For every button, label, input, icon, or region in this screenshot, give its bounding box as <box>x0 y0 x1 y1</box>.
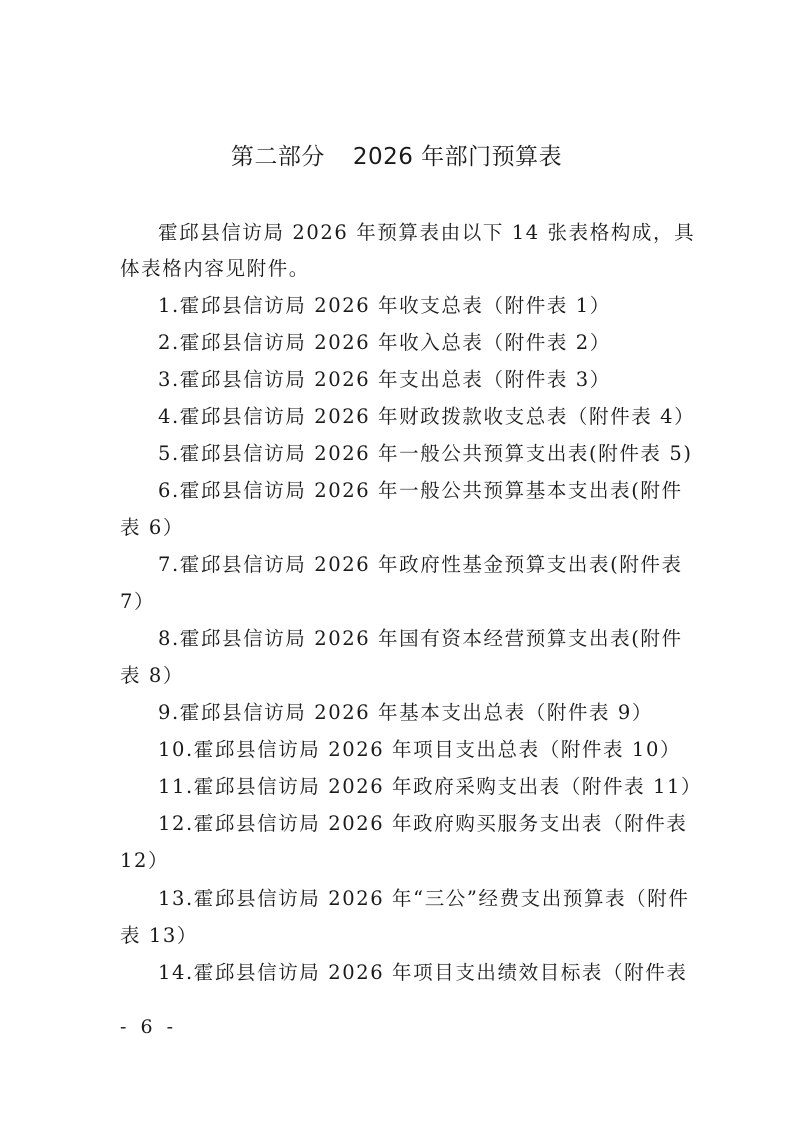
text-line: 4.霍邱县信访局 2026 年财政拨款收支总表（附件表 4） <box>158 405 678 429</box>
text-line: 3.霍邱县信访局 2026 年支出总表（附件表 3） <box>158 368 678 392</box>
text-line: 1.霍邱县信访局 2026 年收支总表（附件表 1） <box>158 294 678 318</box>
text-line: 表 13） <box>120 924 680 948</box>
text-line: 12.霍邱县信访局 2026 年政府购买服务支出表（附件表 <box>158 812 678 836</box>
text-line: 霍邱县信访局 2026 年预算表由以下 14 张表格构成，具 <box>158 221 678 245</box>
text-line: 9.霍邱县信访局 2026 年基本支出总表（附件表 9） <box>158 701 678 725</box>
page-title: 第二部分2026 年部门预算表 <box>0 138 793 171</box>
text-line: 11.霍邱县信访局 2026 年政府采购支出表（附件表 11） <box>158 775 678 799</box>
text-line: 6.霍邱县信访局 2026 年一般公共预算基本支出表(附件 <box>158 479 678 503</box>
text-line: 13.霍邱县信访局 2026 年“三公”经费支出预算表（附件 <box>158 887 678 911</box>
text-line: 7.霍邱县信访局 2026 年政府性基金预算支出表(附件表 <box>158 553 678 577</box>
text-line: 体表格内容见附件。 <box>120 257 680 281</box>
text-line: 14.霍邱县信访局 2026 年项目支出绩效目标表（附件表 <box>158 961 678 985</box>
text-line: 5.霍邱县信访局 2026 年一般公共预算支出表(附件表 5) <box>158 442 678 466</box>
title-heading: 2026 年部门预算表 <box>353 144 562 170</box>
text-line: 12） <box>120 849 680 873</box>
page-number: - 6 - <box>120 1016 177 1038</box>
text-line: 表 8） <box>120 664 680 688</box>
title-part: 第二部分 <box>231 144 325 170</box>
text-line: 表 6） <box>120 516 680 540</box>
text-line: 8.霍邱县信访局 2026 年国有资本经营预算支出表(附件 <box>158 627 678 651</box>
text-line: 10.霍邱县信访局 2026 年项目支出总表（附件表 10） <box>158 738 678 762</box>
text-line: 7） <box>120 590 680 614</box>
text-line: 2.霍邱县信访局 2026 年收入总表（附件表 2） <box>158 331 678 355</box>
